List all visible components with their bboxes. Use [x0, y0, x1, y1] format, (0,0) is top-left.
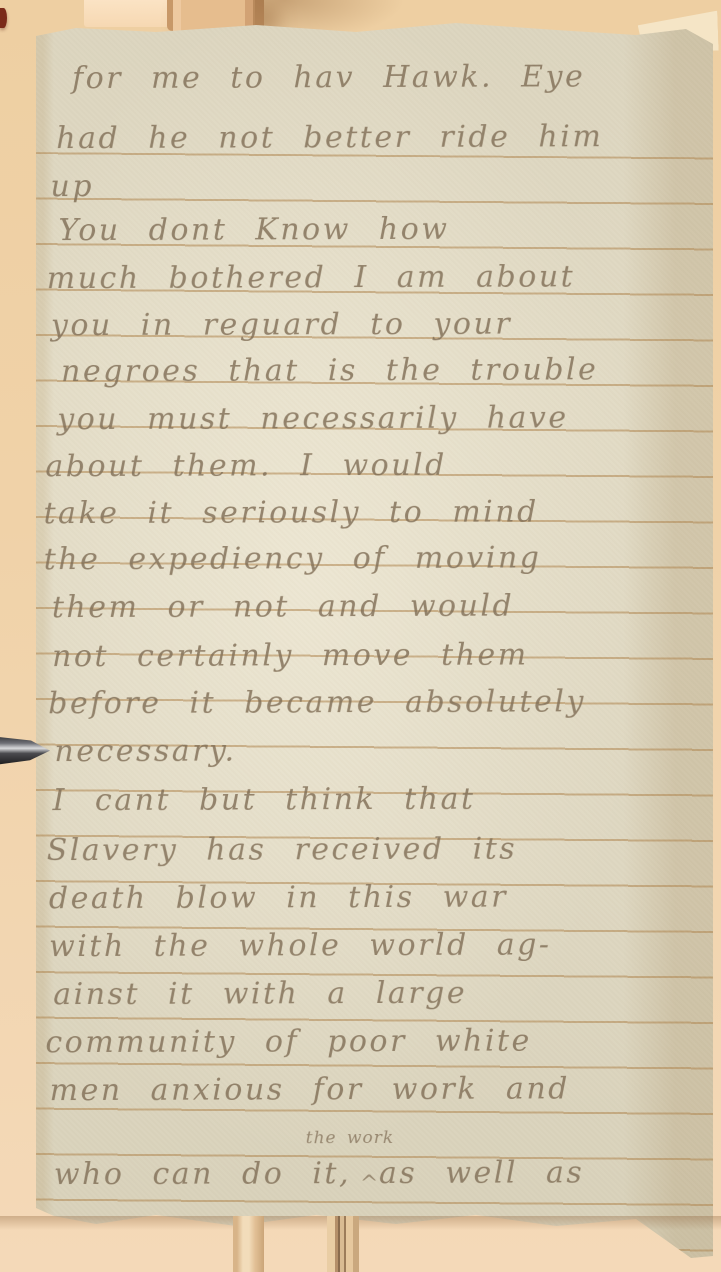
- ruled-lines: [17, 152, 721, 1252]
- handwriting-line: Slavery has received its: [47, 832, 518, 869]
- scanned-letter-photo: for me to hav Hawk. Eye had he not bette…: [0, 0, 721, 1272]
- handwriting-line: you in reguard to your: [51, 307, 512, 344]
- handwriting-line: them or not and would: [52, 589, 514, 626]
- handwriting-line: men anxious for work and: [50, 1071, 570, 1108]
- handwriting-line: the expediency of moving: [44, 540, 542, 577]
- handwriting: for me to hav Hawk. Eye had he not bette…: [34, 19, 715, 1261]
- insertion-note: the work: [306, 1128, 395, 1148]
- handwriting-line: necessary.: [54, 733, 236, 769]
- handwriting-line: You dont Know how: [59, 212, 450, 248]
- handwriting-line: about them. I would: [45, 448, 447, 484]
- page-stack-seam: [327, 1216, 359, 1272]
- handwriting-line: had he not better ride him: [56, 119, 603, 156]
- handwriting-line: community of poor white: [45, 1023, 531, 1060]
- handwriting-line: negroes that is the trouble: [61, 352, 598, 389]
- handwriting-line: not certainly move them: [52, 637, 529, 674]
- page-bottom-shadow: [0, 1216, 721, 1230]
- handwriting-line: who can do it, as well as: [54, 1155, 585, 1192]
- handwriting-line: you must necessarily have: [57, 400, 568, 437]
- caret-mark: ^: [360, 1172, 379, 1197]
- handwriting-line: before it became absolutely: [48, 684, 586, 721]
- handwriting-line: I cant but think that: [52, 782, 475, 818]
- handwriting-line: up: [50, 169, 94, 204]
- handwriting-line: with the whole world ag-: [49, 927, 552, 964]
- binding-strip-top: [84, 0, 170, 27]
- red-edge-mark: [0, 8, 7, 28]
- handwriting-line: for me to hav Hawk. Eye: [72, 59, 585, 96]
- handwriting-line: much bothered I am about: [47, 259, 576, 296]
- handwriting-line: ainst it with a large: [53, 976, 467, 1012]
- handwriting-line: death blow in this war: [49, 880, 508, 917]
- binding-stub-bottom: [233, 1216, 264, 1272]
- handwriting-line: take it seriously to mind: [43, 494, 538, 531]
- letter-page: for me to hav Hawk. Eye had he not bette…: [36, 20, 713, 1260]
